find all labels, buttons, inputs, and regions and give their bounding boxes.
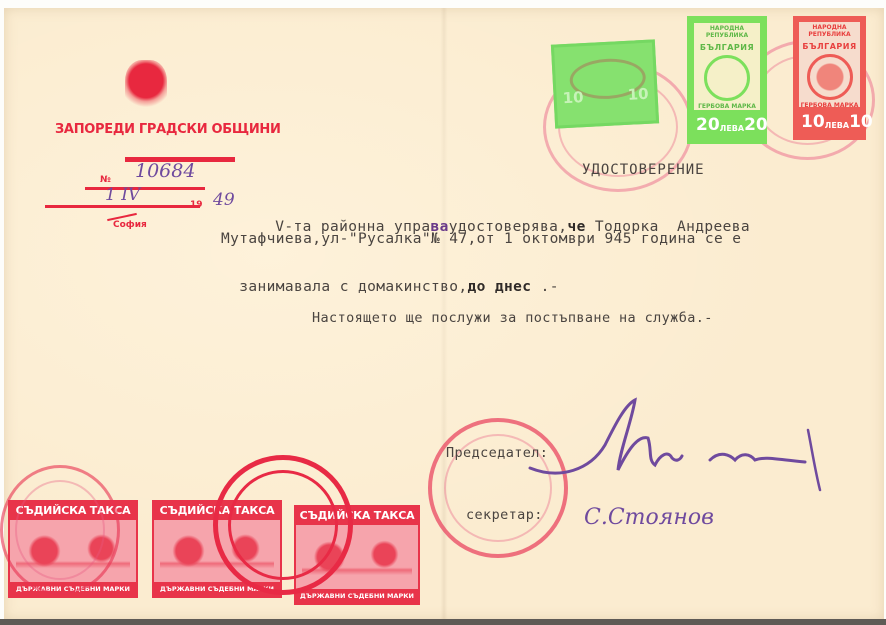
chairman-signature [520,390,840,500]
document-title: УДОСТОВЕРЕНИЕ [582,162,705,178]
body-line-3-bold: до днес [468,279,532,295]
body-line-3-text: занимавала с домакинство, [239,279,467,295]
round-seal-fee-left [0,465,120,595]
body-line-3: занимавала с домакинство,до днес .- [221,263,559,295]
stamp-value-left: 10 [801,111,825,133]
revenue-stamp-green-10: 10 10 [551,39,659,128]
stamp-value-right: 10 [627,85,649,104]
body-line-2: Мутафчиева,ул-"Русалка"№ 47,от 1 октомвр… [221,231,741,247]
registry-date: 1 IV [105,185,140,205]
closing-line: Настоящето ще послужи за постъпване на с… [312,310,713,326]
registry-line [85,187,205,190]
registry-year-label: 19 [190,200,203,210]
registry-date-line [45,205,200,208]
stamp-currency: ЛЕВА [825,121,849,130]
stamp-top-text: НАРОДНА РЕПУБЛИКА [694,25,760,39]
stamp-value-right: 10 [849,111,873,133]
registry-year: 49 [213,190,235,210]
fee-stamp-footer: ДЪРЖАВНИ СЪДЕБНИ МАРКИ [296,589,418,603]
registry-organization: ЗАПОРЕДИ ГРАДСКИ ОБЩИНИ [55,122,281,137]
stamp-ribbon: ГЕРБОВА МАРКА [694,103,760,110]
stamp-value-right: 20 [744,114,768,136]
stamp-top-text: НАРОДНА РЕПУБЛИКА [799,24,860,38]
scan-bottom-edge [0,619,886,625]
stamp-value-left: 10 [562,88,584,107]
round-seal-fee-center [213,455,353,595]
revenue-stamp-green-20: НАРОДНА РЕПУБЛИКА БЪЛГАРИЯ ГЕРБОВА МАРКА… [687,16,767,144]
registry-city: София [113,220,147,230]
registry-stamp: ЗАПОРЕДИ ГРАДСКИ ОБЩИНИ № 10684 1 IV 19 … [45,60,245,235]
body-line-3-end: .- [531,279,558,295]
secretary-signature: С.Стоянов [584,505,714,530]
stamp-country: БЪЛГАРИЯ [694,43,760,52]
registry-number-label: № [100,175,111,185]
coat-of-arms-icon [704,55,750,101]
stamp-country: БЪЛГАРИЯ [799,42,860,51]
lion-emblem-icon [125,60,167,112]
secretary-label: секретар: [466,507,543,523]
revenue-stamp-red-10: НАРОДНА РЕПУБЛИКА БЪЛГАРИЯ ГЕРБОВА МАРКА… [793,16,866,140]
stamp-currency: ЛЕВА [720,124,744,133]
stamp-value-left: 20 [696,114,720,136]
registry-number: 10684 [135,160,195,182]
coat-of-arms-icon [807,54,853,100]
